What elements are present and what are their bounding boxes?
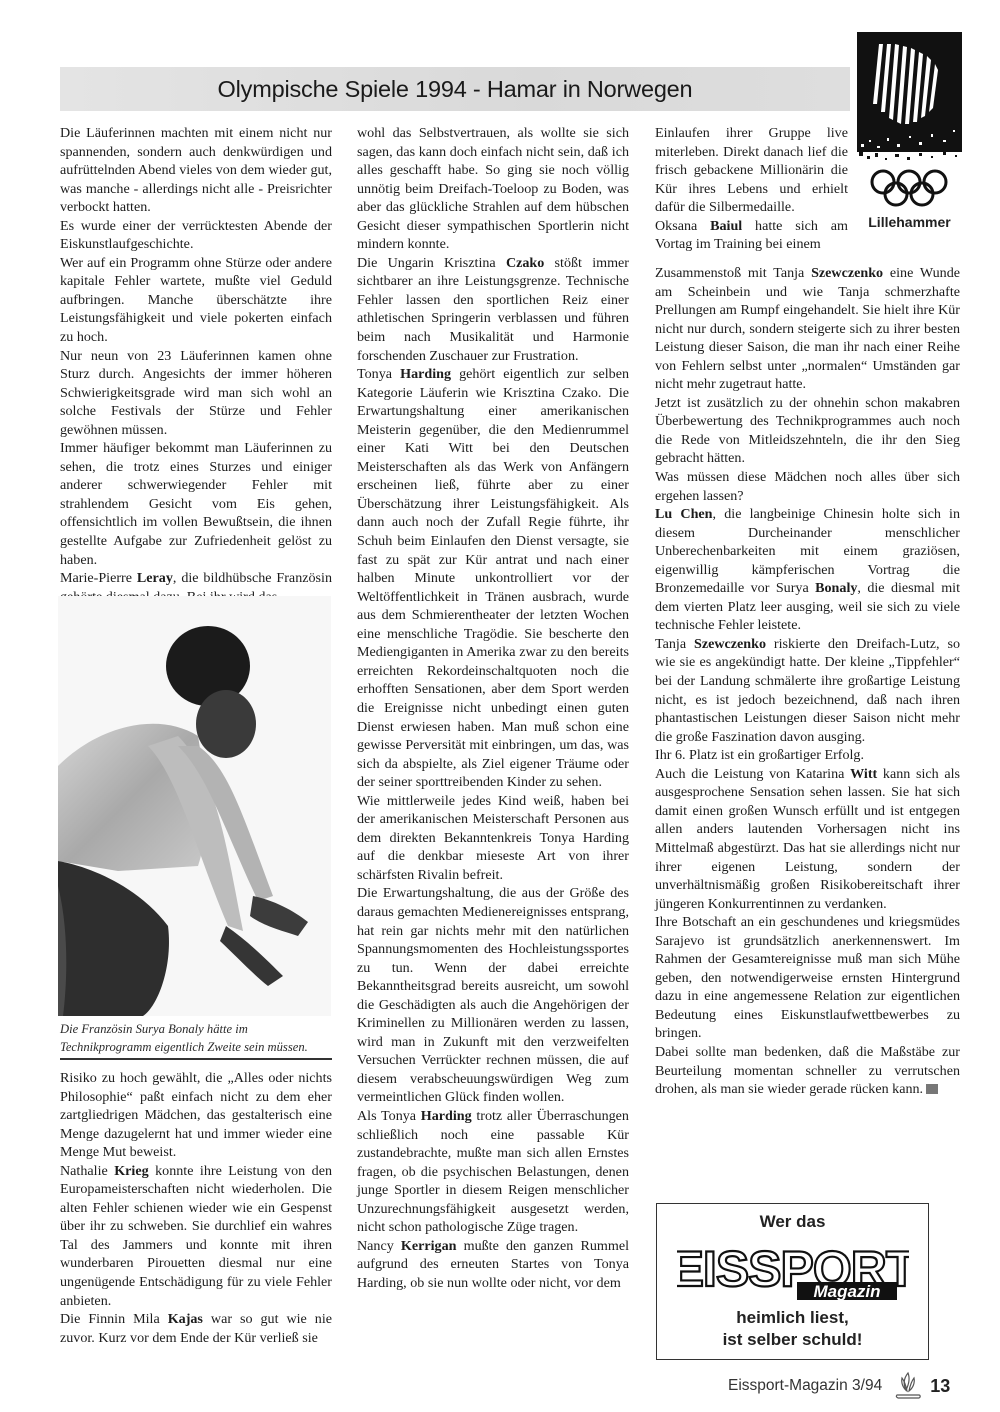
paragraph: Wer auf ein Programm ohne Stürze oder an…	[60, 254, 332, 347]
paragraph: Die Erwartungshaltung, die aus der Größe…	[357, 884, 629, 1107]
paragraph: Jetzt ist zusätzlich zu der ohnehin scho…	[655, 394, 960, 468]
paragraph: Tanja Szewczenko riskierte den Dreifach-…	[655, 635, 960, 746]
name-harding: Harding	[400, 366, 451, 382]
paragraph: Als Tonya Harding trotz aller Überraschu…	[357, 1107, 629, 1237]
photo-surya-bonaly	[58, 596, 331, 1016]
logo-label: Lillehammer	[852, 214, 967, 230]
column-2-text: wohl das Selbstvertrauen, als wollte sie…	[357, 124, 629, 1292]
end-of-article-mark-icon	[926, 1084, 938, 1094]
name-lu-chen: Lu Chen	[655, 506, 713, 522]
paragraph: wohl das Selbstvertrauen, als wollte sie…	[357, 124, 629, 254]
page-footer: Eissport-Magazin 3/94 13	[728, 1366, 950, 1406]
ad-line-2: ist selber schuld!	[657, 1330, 928, 1350]
name-kajas: Kajas	[168, 1311, 203, 1327]
paragraph: Einlaufen ihrer Gruppe live miterleben. …	[655, 124, 848, 217]
caption-divider	[60, 1058, 332, 1060]
name-bonaly: Bonaly	[815, 580, 857, 596]
column-1-text: Die Läuferinnen machten mit einem nicht …	[60, 124, 332, 606]
name-szewczenko: Szewczenko	[811, 265, 883, 281]
paragraph: Ihr 6. Platz ist ein großartiger Erfolg.	[655, 746, 960, 765]
name-leray: Leray	[137, 570, 173, 586]
paragraph: Was müssen diese Mädchen noch alles über…	[655, 468, 960, 505]
photo-caption: Die Französin Surya Bonaly hätte im Tech…	[60, 1021, 332, 1056]
paragraph: Immer häufiger bekommt man Läuferinnen z…	[60, 439, 332, 569]
skate-leaf-icon	[892, 1370, 924, 1402]
name-czako: Czako	[506, 255, 544, 271]
paragraph: Oksana Baiul hatte sich am Vortag im Tra…	[655, 217, 848, 254]
paragraph: Lu Chen, die langbeinige Chinesin holte …	[655, 505, 960, 635]
paragraph: Dabei sollte man bedenken, daß die Maßst…	[655, 1043, 960, 1099]
paragraph: Risiko zu hoch gewählt, die „Alles oder …	[60, 1069, 332, 1162]
name-kerrigan: Kerrigan	[401, 1238, 457, 1254]
paragraph: Nathalie Krieg konnte ihre Leistung von …	[60, 1162, 332, 1310]
svg-text:Magazin: Magazin	[813, 1282, 880, 1301]
name-harding: Harding	[421, 1108, 472, 1124]
paragraph: Tonya Harding gehört eigentlich zur selb…	[357, 365, 629, 792]
paragraph: Wie mittlerweile jedes Kind weiß, haben …	[357, 792, 629, 885]
paragraph: Es wurde einer der verrücktesten Abende …	[60, 217, 332, 254]
ad-top-line: Wer das	[657, 1212, 928, 1232]
name-szewczenko: Szewczenko	[694, 636, 766, 652]
skater-photo-icon	[58, 596, 331, 1016]
paragraph: Die Läuferinnen machten mit einem nicht …	[60, 124, 332, 217]
column-1-continued: Risiko zu hoch gewählt, die „Alles oder …	[60, 1069, 332, 1347]
paragraph: Ihre Botschaft an ein geschundenes und k…	[655, 913, 960, 1043]
name-krieg: Krieg	[114, 1163, 148, 1179]
page-number: 13	[930, 1376, 950, 1397]
eissport-ad: Wer das EISSPORT Magazin heimlich liest,…	[656, 1203, 929, 1360]
paragraph: Nancy Kerrigan mußte den ganzen Rummel a…	[357, 1237, 629, 1293]
column-3-text: Zusammenstoß mit Tanja Szewczenko eine W…	[655, 264, 960, 1099]
paragraph: Zusammenstoß mit Tanja Szewczenko eine W…	[655, 264, 960, 394]
ad-line-1: heimlich liest,	[657, 1308, 928, 1328]
paragraph: Nur neun von 23 Läuferinnen kamen ohne S…	[60, 347, 332, 440]
column-3-text-narrow: Einlaufen ihrer Gruppe live miterleben. …	[655, 124, 848, 254]
lillehammer-olympic-logo-icon	[857, 32, 962, 232]
name-witt: Witt	[850, 766, 877, 782]
paragraph: Die Finnin Mila Kajas war so gut wie nie…	[60, 1310, 332, 1347]
eissport-magazin-logo-icon: EISSPORT Magazin	[677, 1242, 909, 1304]
page-title: Olympische Spiele 1994 - Hamar in Norweg…	[60, 67, 850, 111]
magazine-issue: Eissport-Magazin 3/94	[728, 1377, 882, 1395]
paragraph: Auch die Leistung von Katarina Witt kann…	[655, 765, 960, 913]
paragraph: Die Ungarin Krisztina Czako stößt immer …	[357, 254, 629, 365]
name-baiul: Baiul	[710, 218, 742, 234]
